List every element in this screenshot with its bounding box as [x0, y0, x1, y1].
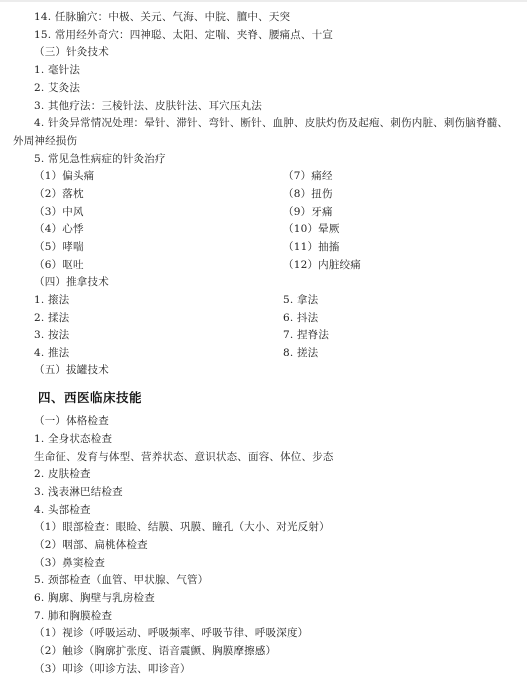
text-line: 1. 全身状态检查	[34, 432, 112, 446]
text-line: 外周神经损伤	[13, 134, 77, 148]
list-item: 4. 推法	[34, 346, 69, 360]
list-item: 7. 捏脊法	[283, 328, 329, 342]
list-item: （1）偏头痛	[34, 169, 94, 183]
text-line: 14. 任脉腧穴：中极、关元、气海、中脘、膻中、天突	[34, 10, 290, 24]
text-line: 3. 浅表淋巴结检查	[34, 485, 123, 499]
text-line: 7. 肺和胸膜检查	[34, 609, 112, 623]
list-item: 8. 搓法	[283, 346, 318, 360]
text-line: 4. 头部检查	[34, 503, 91, 517]
text-line: 2. 皮肤检查	[34, 467, 91, 481]
list-item: （3）中风	[34, 205, 84, 219]
list-item: （6）呕吐	[34, 258, 84, 272]
text-line: 2. 艾灸法	[34, 81, 80, 95]
chapter-heading: 四、西医临床技能	[38, 388, 142, 406]
text-line: （3）鼻窦检查	[34, 556, 105, 570]
list-item: （8）扭伤	[283, 187, 333, 201]
list-item: （5）哮喘	[34, 240, 84, 254]
text-line: 15. 常用经外奇穴：四神聪、太阳、定喘、夹脊、腰痛点、十宣	[34, 28, 333, 42]
text-line: 4. 针灸异常情况处理：晕针、滞针、弯针、断针、血肿、皮肤灼伤及起疱、刺伤内脏、…	[34, 116, 508, 130]
list-item: 5. 拿法	[283, 293, 318, 307]
text-line: （1）视诊（呼吸运动、呼吸频率、呼吸节律、呼吸深度）	[34, 626, 308, 640]
text-line: 6. 胸廓、胸壁与乳房检查	[34, 591, 155, 605]
list-item: （2）落枕	[34, 187, 84, 201]
text-line: 生命征、发育与体型、营养状态、意识状态、面容、体位、步态	[34, 450, 334, 464]
text-line: 3. 其他疗法：三棱针法、皮肤针法、耳穴压丸法	[34, 99, 262, 113]
text-line: 5. 颈部检查（血管、甲状腺、气管）	[34, 573, 208, 587]
list-item: 3. 按法	[34, 328, 69, 342]
text-line: 5. 常见急性病症的针灸治疗	[34, 152, 166, 166]
list-item: （9）牙痛	[283, 205, 333, 219]
section-title: （五）拔罐技术	[34, 363, 109, 377]
page-top-edge	[0, 0, 527, 2]
list-item: （7）痛经	[283, 169, 333, 183]
text-line: 1. 毫针法	[34, 63, 80, 77]
section-title: （三）针灸技术	[34, 45, 109, 59]
text-line: （2）触诊（胸廓扩张度、语音震颤、胸膜摩擦感）	[34, 644, 276, 658]
list-item: （12）内脏绞痛	[283, 258, 361, 272]
list-item: 6. 抖法	[283, 311, 318, 325]
list-item: （11）抽搐	[283, 240, 340, 254]
section-title: （四）推拿技术	[34, 275, 109, 289]
list-item: （10）晕厥	[283, 222, 340, 236]
text-line: （3）叩诊（叩诊方法、叩诊音）	[34, 662, 191, 676]
text-line: （1）眼部检查：眼睑、结膜、巩膜、瞳孔（大小、对光反射）	[34, 520, 330, 534]
text-line: （2）咽部、扁桃体检查	[34, 538, 148, 552]
list-item: 1. 㨰法	[34, 293, 69, 307]
section-title: （一）体格检查	[34, 414, 109, 428]
list-item: 2. 揉法	[34, 311, 69, 325]
list-item: （4）心悸	[34, 222, 84, 236]
